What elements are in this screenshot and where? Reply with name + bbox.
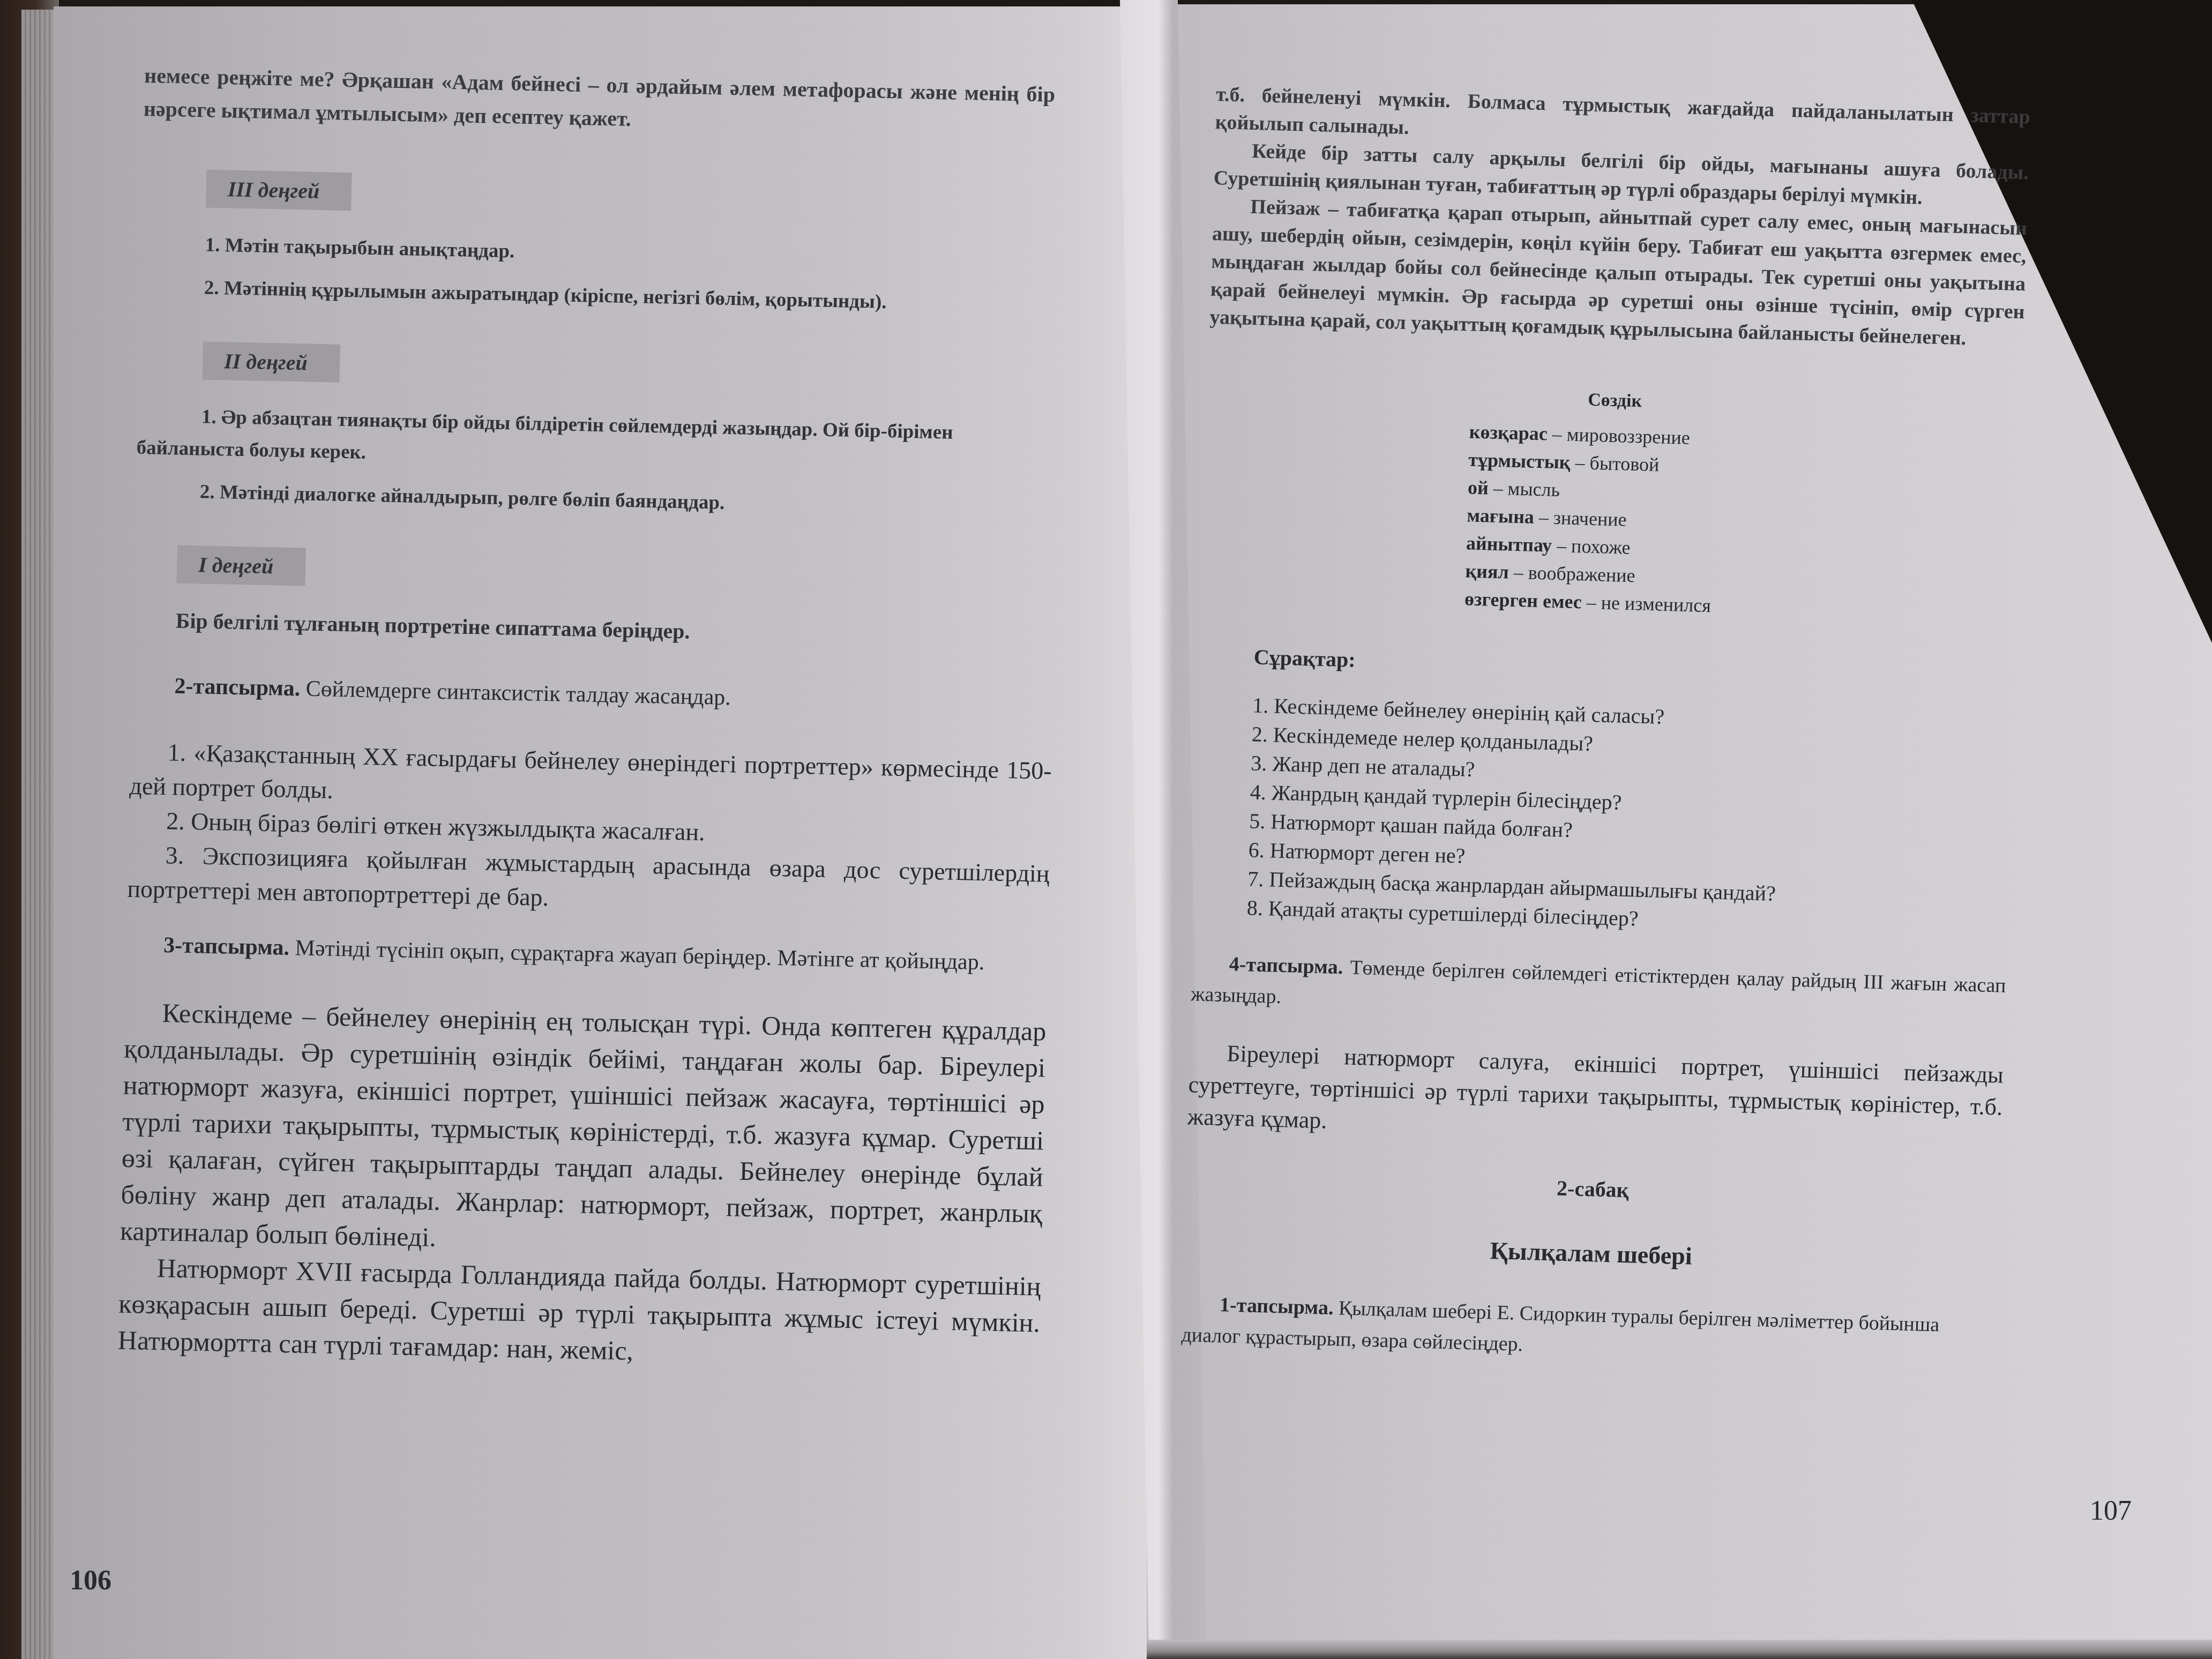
- page-number-right: 107: [2090, 1495, 2132, 1527]
- vocabulary-word: айнытпау: [1466, 532, 1552, 556]
- vocabulary-translation: – значение: [1534, 506, 1627, 530]
- vocabulary-translation: – бытовой: [1570, 452, 1660, 476]
- level-3-badge: III деңгей: [206, 169, 352, 211]
- reading-paragraph: Натюрморт XVII ғасырда Голландияда пайда…: [117, 1249, 1041, 1378]
- right-page-content: т.б. бейнеленуі мүмкін. Болмаса тұрмысты…: [1181, 80, 2031, 1373]
- vocabulary-word: өзгерген емес: [1464, 588, 1582, 612]
- vocabulary-translation: – не изменился: [1581, 591, 1711, 616]
- questions-title: Сұрақтар:: [1253, 644, 2015, 691]
- page-bottom-edge: [1147, 1640, 2212, 1659]
- left-page-content: немесе реңжіте ме? Әрқашан «Адам бейнесі…: [117, 59, 1066, 1377]
- page-number-left: 106: [70, 1565, 111, 1596]
- vocabulary-translation: – мысль: [1488, 477, 1560, 500]
- vocabulary-word: тұрмыстық: [1468, 449, 1571, 473]
- reading-paragraph: Кескіндеме – бейнелеу өнерінің ең толысқ…: [119, 994, 1047, 1268]
- level-2-badge: II деңгей: [202, 341, 340, 382]
- task-3-label: 3-тапсырма.: [163, 933, 290, 960]
- questions-list: 1. Кескіндеме бейнелеу өнерінің қай сала…: [1193, 690, 2013, 944]
- vocabulary-word: ой: [1467, 476, 1489, 498]
- vocabulary-word: қиял: [1465, 560, 1509, 582]
- vocabulary-translation: – похоже: [1552, 535, 1631, 558]
- landscape-paragraph: Пейзаж – табиғатқа қарап отырып, айнытпа…: [1209, 192, 2028, 354]
- task-4-label: 4-тапсырма.: [1229, 953, 1343, 978]
- task-2-text: Сөйлемдерге синтаксистік талдау жасаңдар…: [300, 676, 731, 710]
- level-1-badge: I деңгей: [177, 545, 307, 586]
- vocabulary-word: көзқарас: [1469, 421, 1548, 444]
- task-1-label: 1-тапсырма.: [1220, 1294, 1334, 1319]
- task-2-label: 2-тапсырма.: [174, 674, 301, 701]
- vocabulary-translation: – воображение: [1508, 562, 1635, 587]
- vocabulary-translation: – мировоззрение: [1547, 423, 1690, 449]
- vocabulary-word: мағына: [1467, 504, 1535, 527]
- vocabulary-list: көзқарас – мировоззрениетұрмыстық – быто…: [1464, 417, 2021, 628]
